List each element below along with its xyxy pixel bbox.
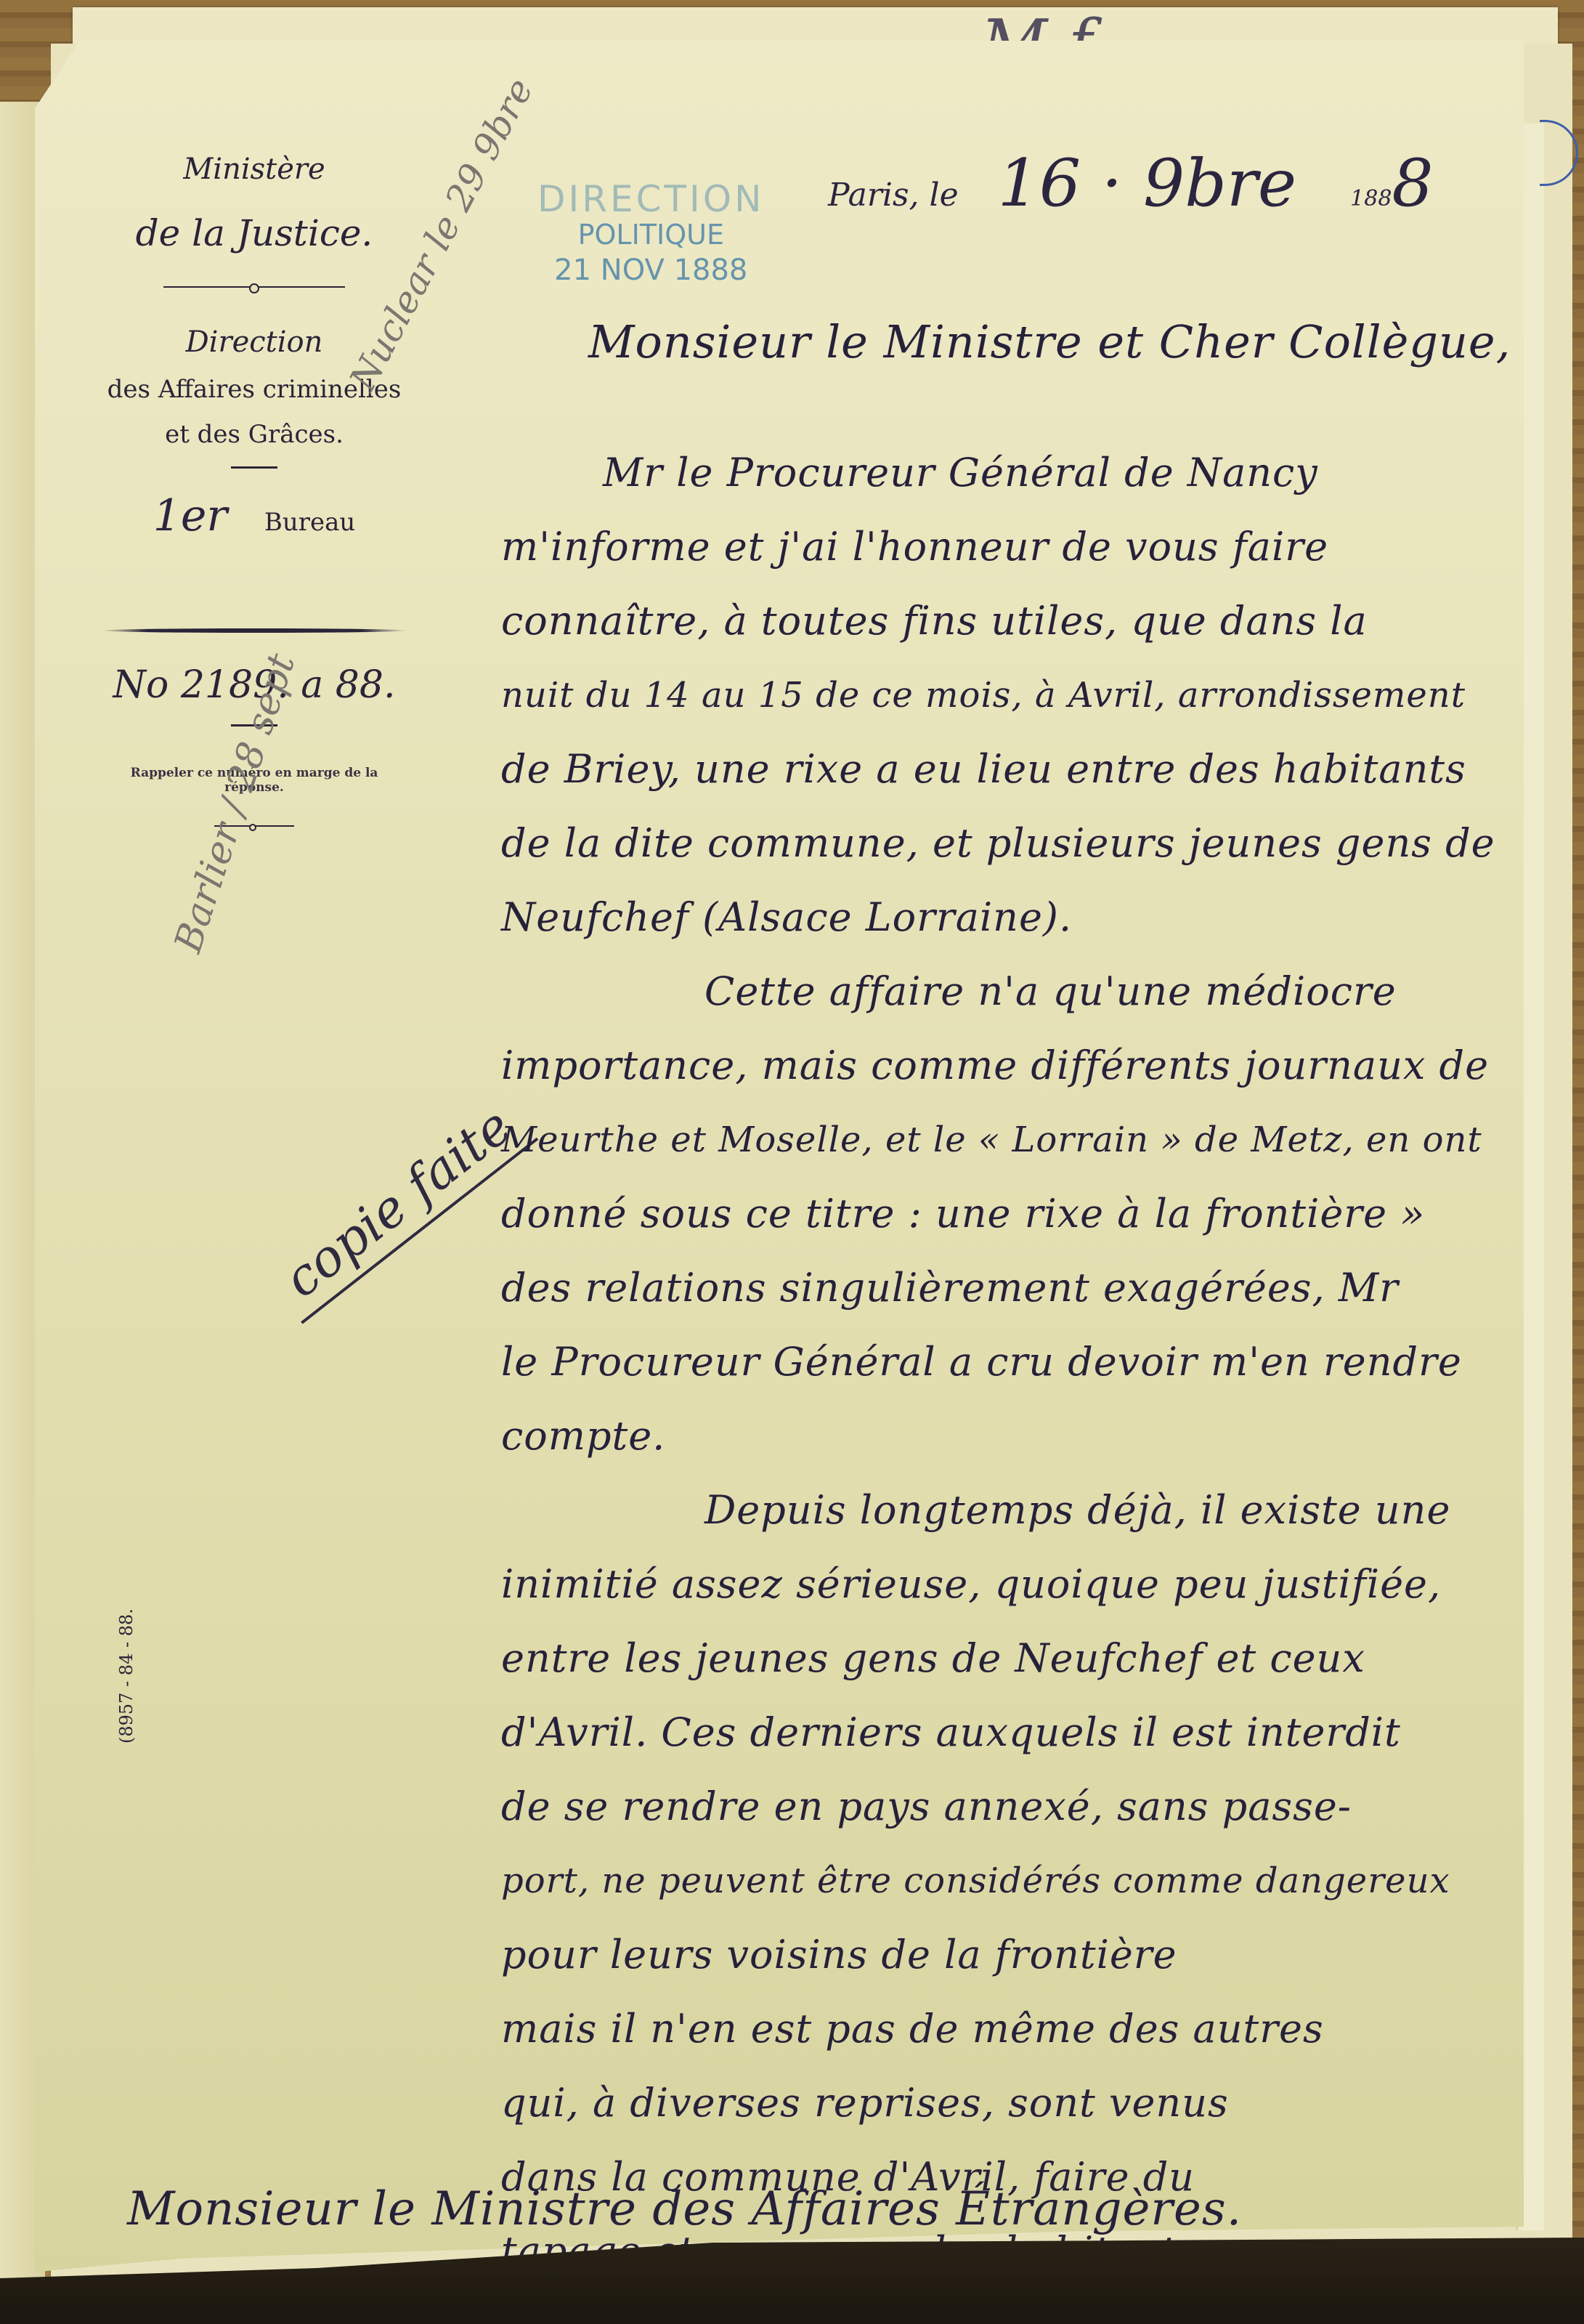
letterhead-ministere: Ministère xyxy=(102,153,407,186)
body-line: Mr le Procureur Général de Nancy xyxy=(501,436,1518,510)
letterhead-bureau: 1er Bureau xyxy=(102,490,407,541)
body-line: compte. xyxy=(501,1399,1518,1473)
bureau-label: Bureau xyxy=(264,508,355,537)
body-line: Meurthe et Moselle, et le « Lorrain » de… xyxy=(501,1103,1518,1177)
body-line: qui, à diverses reprises, sont venus xyxy=(501,2066,1518,2140)
body-line: nuit du 14 au 15 de ce mois, à Avril, ar… xyxy=(501,658,1518,732)
body-line: m'informe et j'ai l'honneur de vous fair… xyxy=(501,510,1518,584)
body-line: pour leurs voisins de la frontière xyxy=(501,1918,1518,1992)
date-year-suffix: 8 xyxy=(1392,145,1433,222)
date-day-month: 16 · 9bre xyxy=(998,145,1297,222)
addressee: Monsieur le Ministre des Affaires Étrang… xyxy=(127,2172,1242,2246)
body-line: des relations singulièrement exagérées, … xyxy=(501,1251,1518,1325)
body-line: d'Avril. Ces derniers auxquels il est in… xyxy=(501,1696,1518,1770)
body-line: de Briey, une rixe a eu lieu entre des h… xyxy=(501,732,1518,806)
received-stamp: DIRECTION POLITIQUE 21 NOV 1888 xyxy=(537,178,765,287)
stamp-line1: DIRECTION xyxy=(537,178,765,220)
letter-date: Paris, le 16 · 9bre 1888 xyxy=(828,145,1434,222)
swash-divider xyxy=(102,628,407,633)
bureau-number: 1er xyxy=(153,490,227,541)
short-rule xyxy=(231,466,277,469)
body-line: Depuis longtemps déjà, il existe une xyxy=(501,1473,1518,1547)
body-line: donné sous ce titre : une rixe à la fron… xyxy=(501,1177,1518,1251)
body-line: de se rendre en pays annexé, sans passe- xyxy=(501,1770,1518,1844)
body-line: inimitié assez sérieuse, quoique peu jus… xyxy=(501,1547,1518,1621)
date-year-prefix: 188 xyxy=(1350,186,1392,211)
body-line: port, ne peuvent être considérés comme d… xyxy=(501,1844,1518,1918)
stamp-date: 21 NOV 1888 xyxy=(537,254,765,287)
letterhead-justice: de la Justice. xyxy=(102,212,407,254)
body-line: de la dite commune, et plusieurs jeunes … xyxy=(501,806,1518,880)
body-line: importance, mais comme différents journa… xyxy=(501,1029,1518,1103)
body-line: le Procureur Général a cru devoir m'en r… xyxy=(501,1325,1518,1399)
stamp-line2: POLITIQUE xyxy=(537,219,765,251)
body-line: Neufchef (Alsace Lorraine). xyxy=(501,880,1518,955)
body-line: mais il n'en est pas de même des autres xyxy=(501,1992,1518,2066)
letterhead-graces: et des Grâces. xyxy=(102,420,407,449)
body-line: entre les jeunes gens de Neufchef et ceu… xyxy=(501,1621,1518,1696)
print-reference: (8957 - 84 - 88. xyxy=(116,1608,137,1744)
body-line: Cette affaire n'a qu'une médiocre xyxy=(501,955,1518,1029)
date-place: Paris, le xyxy=(828,177,959,214)
letter-body: Mr le Procureur Général de Nancy m'infor… xyxy=(501,436,1518,2288)
salutation: Monsieur le Ministre et Cher Collègue, xyxy=(588,305,1511,379)
ornament-divider xyxy=(163,283,345,291)
body-line: connaître, à toutes fins utiles, que dan… xyxy=(501,584,1518,658)
